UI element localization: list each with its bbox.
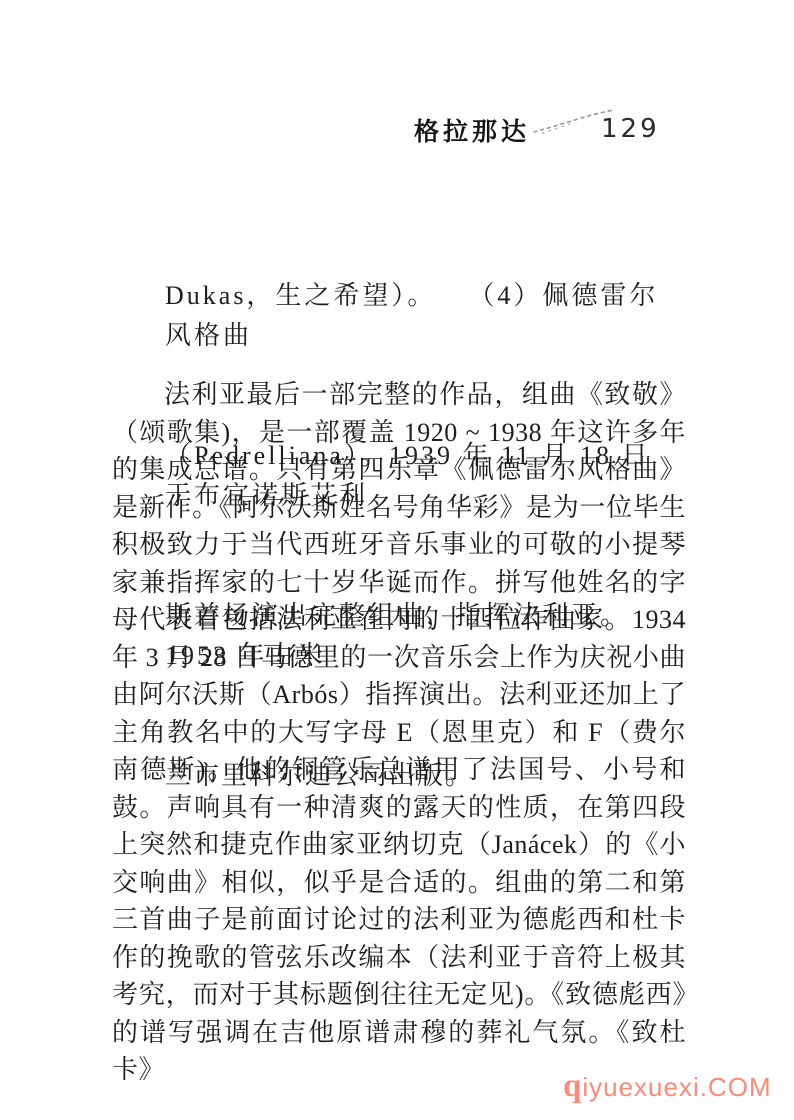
page-number: 129 bbox=[601, 114, 660, 144]
chapter-title: 格拉那达 bbox=[414, 112, 530, 148]
site-watermark: qiyuexuexi.COM bbox=[563, 1068, 772, 1105]
site-watermark-text: iyuexuexi.COM bbox=[582, 1072, 771, 1102]
body-paragraph: 法利亚最后一部完整的作品，组曲《致敬》（颂歌集)，是一部覆盖 1920 ~ 19… bbox=[112, 376, 686, 1089]
site-watermark-initial: q bbox=[563, 1068, 582, 1104]
book-page: 格拉那达 129 Dukas，生之希望）。 （4）佩德雷尔风格曲 （Pedrel… bbox=[0, 0, 794, 1120]
reference-line: Dukas，生之希望）。 （4）佩德雷尔风格曲 bbox=[165, 276, 670, 356]
